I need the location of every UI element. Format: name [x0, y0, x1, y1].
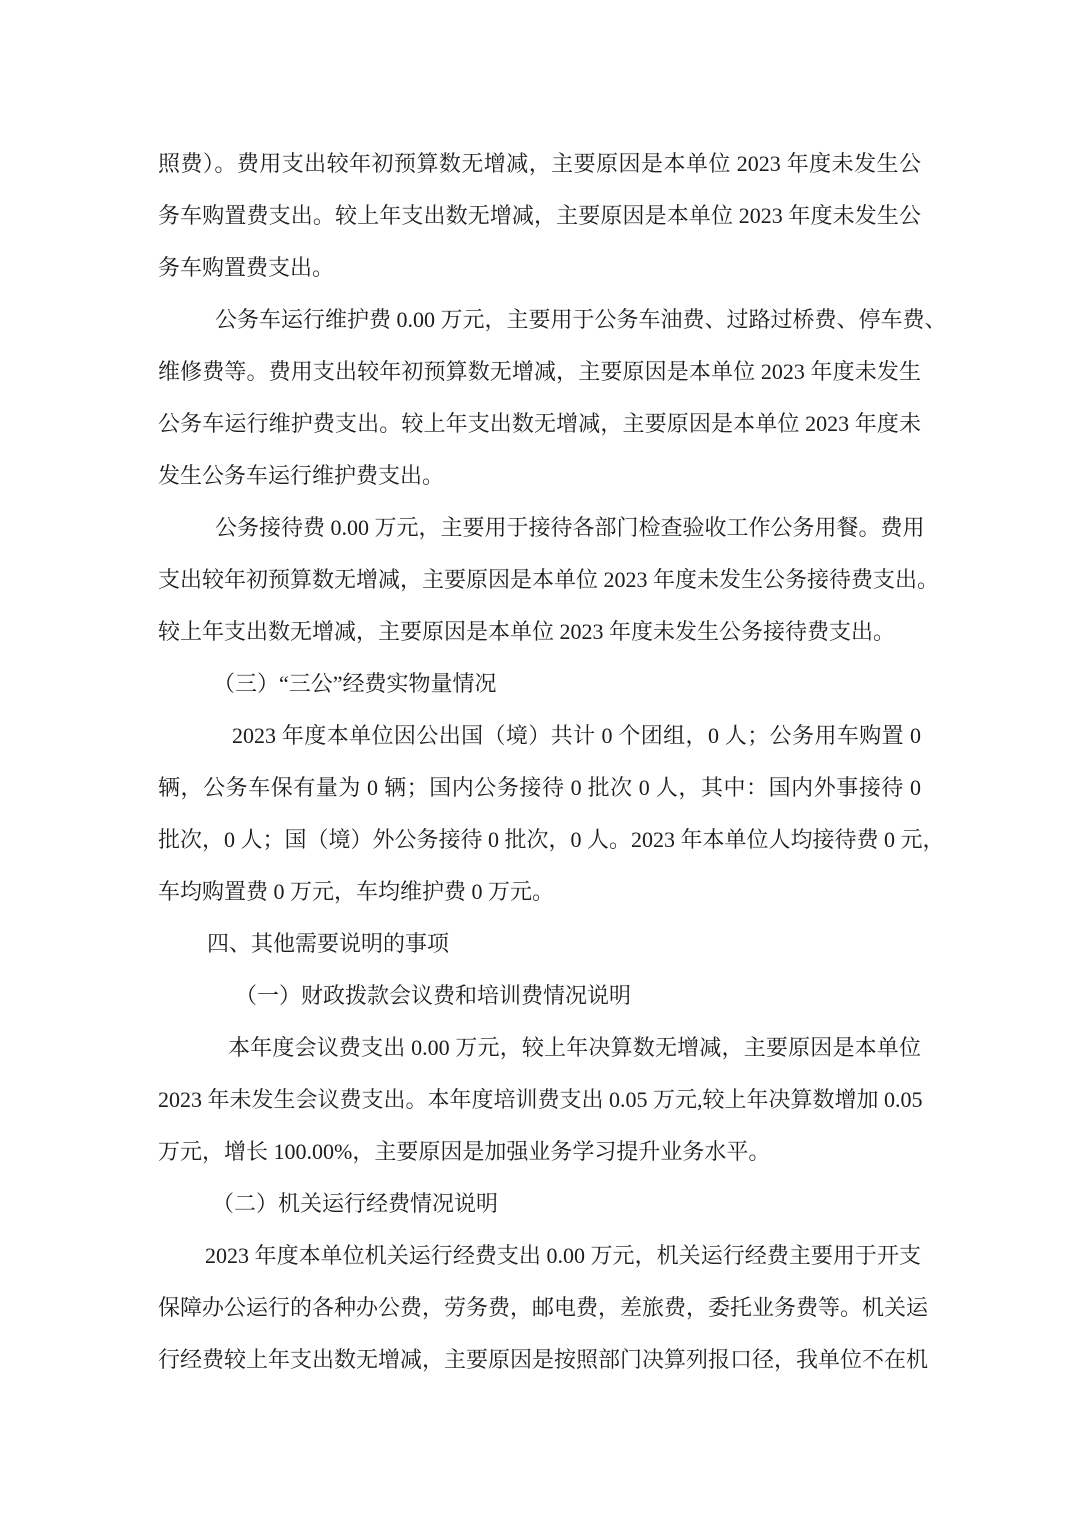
- heading-section-four: 四、其他需要说明的事项: [158, 918, 921, 970]
- text-line: 公务车运行维护费 0.00 万元，主要用于公务车油费、过路过桥费、停车费、: [158, 294, 921, 346]
- text-line: 2023 年未发生会议费支出。本年度培训费支出 0.05 万元,较上年决算数增加…: [158, 1074, 921, 1126]
- text-line: 行经费较上年支出数无增减，主要原因是按照部门决算列报口径，我单位不在机: [158, 1334, 921, 1386]
- text-line: 务车购置费支出。较上年支出数无增减，主要原因是本单位 2023 年度未发生公: [158, 190, 921, 242]
- text-line: 照费）。费用支出较年初预算数无增减，主要原因是本单位 2023 年度未发生公: [158, 138, 921, 190]
- heading-line: 四、其他需要说明的事项: [158, 918, 921, 970]
- text-line: 公务车运行维护费支出。较上年支出数无增减，主要原因是本单位 2023 年度未: [158, 398, 921, 450]
- para-vehicle-maintenance-fee: 公务车运行维护费 0.00 万元，主要用于公务车油费、过路过桥费、停车费、维修费…: [158, 294, 921, 502]
- heading-line: （一）财政拨款会议费和培训费情况说明: [158, 970, 921, 1022]
- heading-line: （二）机关运行经费情况说明: [158, 1178, 921, 1230]
- heading-line: （三）“三公”经费实物量情况: [158, 658, 921, 710]
- para-vehicle-purchase-continued: 照费）。费用支出较年初预算数无增减，主要原因是本单位 2023 年度未发生公务车…: [158, 138, 921, 294]
- para-agency-operating-expense: 2023 年度本单位机关运行经费支出 0.00 万元，机关运行经费主要用于开支保…: [158, 1230, 921, 1386]
- text-line: 公务接待费 0.00 万元，主要用于接待各部门检查验收工作公务用餐。费用: [158, 502, 921, 554]
- text-line: 支出较年初预算数无增减，主要原因是本单位 2023 年度未发生公务接待费支出。: [158, 554, 921, 606]
- text-line: 发生公务车运行维护费支出。: [158, 450, 921, 502]
- text-content: 照费）。费用支出较年初预算数无增减，主要原因是本单位 2023 年度未发生公务车…: [158, 138, 921, 1386]
- text-line: 保障办公运行的各种办公费，劳务费，邮电费，差旅费，委托业务费等。机关运: [158, 1282, 921, 1334]
- text-line: 万元，增长 100.00%，主要原因是加强业务学习提升业务水平。: [158, 1126, 921, 1178]
- text-line: 维修费等。费用支出较年初预算数无增减，主要原因是本单位 2023 年度未发生: [158, 346, 921, 398]
- para-official-reception-fee: 公务接待费 0.00 万元，主要用于接待各部门检查验收工作公务用餐。费用支出较年…: [158, 502, 921, 658]
- text-line: 批次，0 人；国（境）外公务接待 0 批次，0 人。2023 年本单位人均接待费…: [158, 814, 921, 866]
- text-line: 2023 年度本单位机关运行经费支出 0.00 万元，机关运行经费主要用于开支: [158, 1230, 921, 1282]
- heading-four-two: （二）机关运行经费情况说明: [158, 1178, 921, 1230]
- text-line: 辆，公务车保有量为 0 辆；国内公务接待 0 批次 0 人，其中：国内外事接待 …: [158, 762, 921, 814]
- text-line: 务车购置费支出。: [158, 242, 921, 294]
- text-line: 较上年支出数无增减，主要原因是本单位 2023 年度未发生公务接待费支出。: [158, 606, 921, 658]
- para-meeting-training-fee: 本年度会议费支出 0.00 万元，较上年决算数无增减，主要原因是本单位2023 …: [158, 1022, 921, 1178]
- text-line: 2023 年度本单位因公出国（境）共计 0 个团组，0 人；公务用车购置 0: [158, 710, 921, 762]
- heading-four-one: （一）财政拨款会议费和培训费情况说明: [158, 970, 921, 1022]
- document-page: 照费）。费用支出较年初预算数无增减，主要原因是本单位 2023 年度未发生公务车…: [0, 0, 1074, 1520]
- heading-section-three: （三）“三公”经费实物量情况: [158, 658, 921, 710]
- text-line: 车均购置费 0 万元，车均维护费 0 万元。: [158, 866, 921, 918]
- text-line: 本年度会议费支出 0.00 万元，较上年决算数无增减，主要原因是本单位: [158, 1022, 921, 1074]
- para-physical-quantity: 2023 年度本单位因公出国（境）共计 0 个团组，0 人；公务用车购置 0辆，…: [158, 710, 921, 918]
